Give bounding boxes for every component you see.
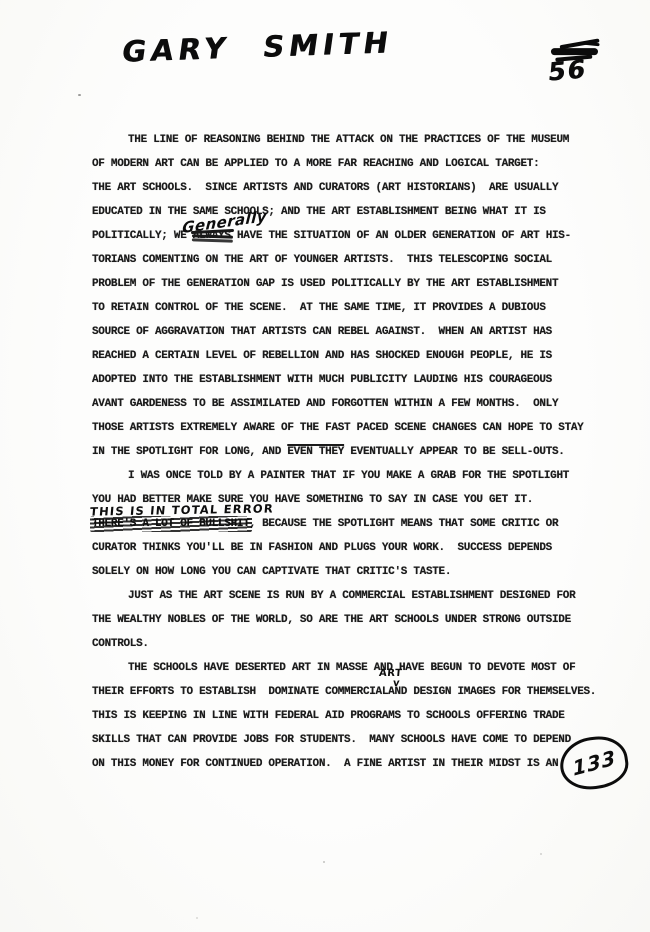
typed-text: POLITICALLY; WE xyxy=(92,230,193,242)
typed-line: ADOPTED INTO THE ESTABLISHMENT WITH MUCH… xyxy=(92,368,608,392)
paper-speck xyxy=(78,94,81,96)
typed-line-with-insertion: THEIR EFFORTS TO ESTABLISH DOMINATE COMM… xyxy=(92,680,608,704)
typed-text: THEIR EFFORTS TO ESTABLISH DOMINATE COMM… xyxy=(92,686,388,698)
paper-speck xyxy=(196,917,198,919)
paper-speck xyxy=(323,861,325,863)
typed-document-body: THE LINE OF REASONING BEHIND THE ATTACK … xyxy=(92,128,608,776)
typed-line: I WAS ONCE TOLD BY A PAINTER THAT IF YOU… xyxy=(92,464,608,488)
typed-line: PROBLEM OF THE GENERATION GAP IS USED PO… xyxy=(92,272,608,296)
typed-line: THOSE ARTISTS EXTREMELY AWARE OF THE FAS… xyxy=(92,416,608,440)
typed-line: JUST AS THE ART SCENE IS RUN BY A COMMER… xyxy=(92,584,608,608)
typed-line: THE WEALTHY NOBLES OF THE WORLD, SO ARE … xyxy=(92,608,608,632)
typed-line: THE SCHOOLS HAVE DESERTED ART IN MASSE A… xyxy=(92,656,608,680)
typed-line: REACHED A CERTAIN LEVEL OF REBELLION AND… xyxy=(92,344,608,368)
typed-line-with-correction: POLITICALLY; WE ALWAYS HAVE THE SITUATIO… xyxy=(92,224,608,248)
typed-line: CONTROLS. xyxy=(92,632,608,656)
typed-line: ON THIS MONEY FOR CONTINUED OPERATION. A… xyxy=(92,752,608,776)
typed-line: SOURCE OF AGGRAVATION THAT ARTISTS CAN R… xyxy=(92,320,608,344)
typed-line: AVANT GARDENESS TO BE ASSIMILATED AND FO… xyxy=(92,392,608,416)
typed-line: THE ART SCHOOLS. SINCE ARTISTS AND CURAT… xyxy=(92,176,608,200)
typed-text: IN THE SPOTLIGHT FOR LONG, AND xyxy=(92,446,287,458)
circled-number: 133 xyxy=(571,745,617,781)
typewritten-page: GARY SMITH 56 THE LINE OF REASONING BEHI… xyxy=(0,0,650,932)
typed-line-with-emphasis: IN THE SPOTLIGHT FOR LONG, AND EVEN THEY… xyxy=(92,440,608,464)
typed-line: THIS IS KEEPING IN LINE WITH FEDERAL AID… xyxy=(92,704,608,728)
insertion-caret-mark: v xyxy=(393,678,400,689)
typed-line: CURATOR THINKS YOU'LL BE IN FASHION AND … xyxy=(92,536,608,560)
typed-line: SOLELY ON HOW LONG YOU CAN CAPTIVATE THA… xyxy=(92,560,608,584)
typed-line: THE LINE OF REASONING BEHIND THE ATTACK … xyxy=(92,128,608,152)
typed-line: TORIANS COMENTING ON THE ART OF YOUNGER … xyxy=(92,248,608,272)
typed-line: OF MODERN ART CAN BE APPLIED TO A MORE F… xyxy=(92,152,608,176)
handwritten-page-number: 56 xyxy=(547,54,588,87)
typed-text: HAVE THE SITUATION OF AN OLDER GENERATIO… xyxy=(231,230,571,242)
typed-line: TO RETAIN CONTROL OF THE SCENE. AT THE S… xyxy=(92,296,608,320)
typed-text: AND DESIGN IMAGES FOR THEMSELVES. xyxy=(388,686,596,698)
handwritten-author-name: GARY SMITH xyxy=(120,25,395,69)
typed-text: , BECAUSE THE SPOTLIGHT MEANS THAT SOME … xyxy=(250,518,559,530)
typed-line: EDUCATED IN THE SAME SCHOOLS; AND THE AR… xyxy=(92,200,608,224)
overstruck-words: EVEN THEY xyxy=(287,446,344,458)
typed-text: EVENTUALLY APPEAR TO BE SELL-OUTS. xyxy=(344,446,565,458)
paper-speck xyxy=(540,853,542,855)
typed-line: SKILLS THAT CAN PROVIDE JOBS FOR STUDENT… xyxy=(92,728,608,752)
